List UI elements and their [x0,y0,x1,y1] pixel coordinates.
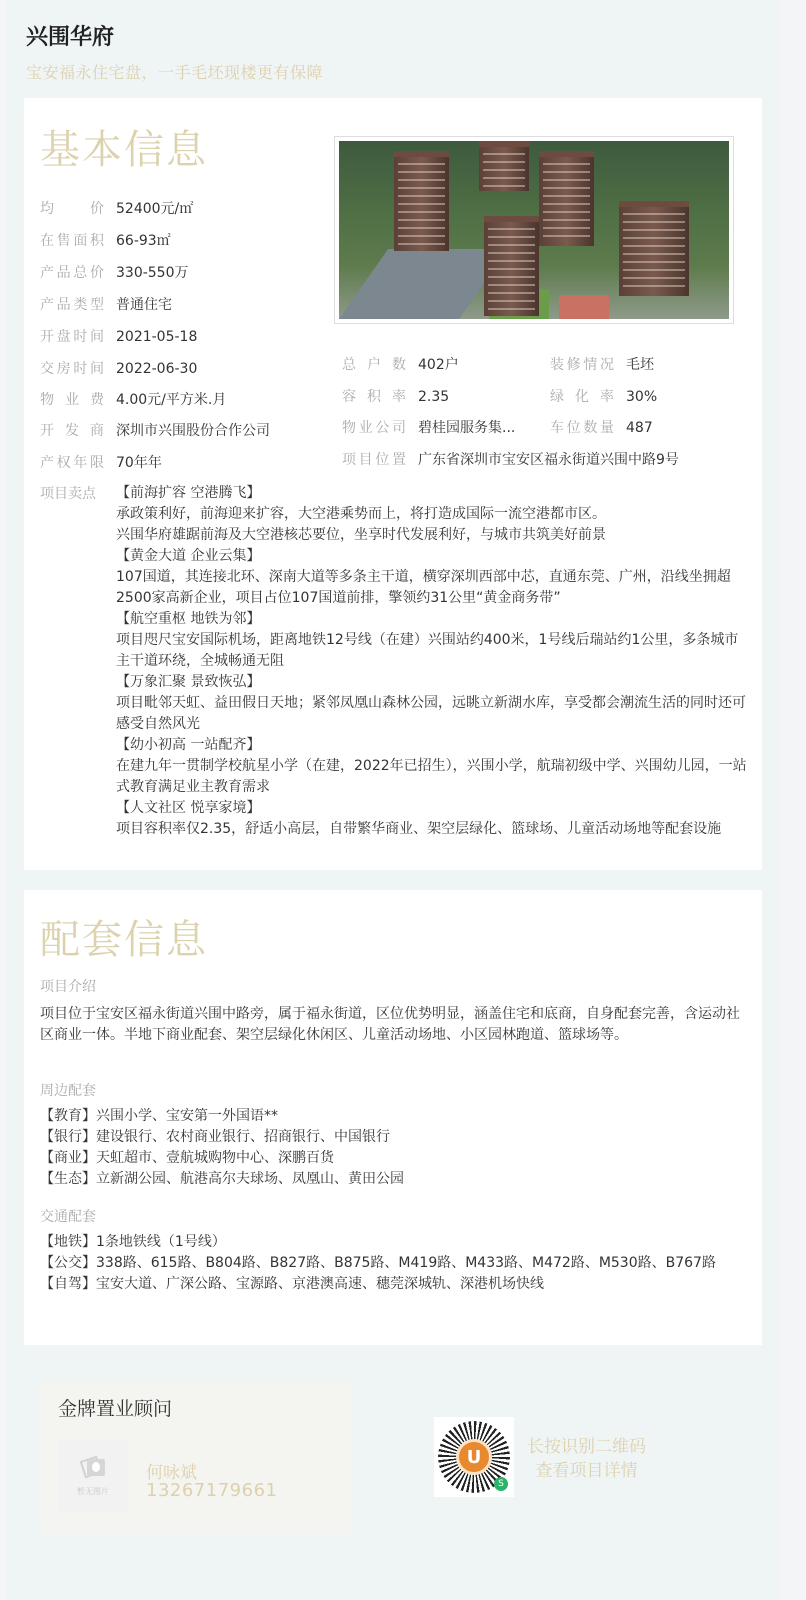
field-property-company: 物业公司碧桂园服务集... [342,417,515,439]
qr-instruction: 长按识别二维码 查看项目详情 [527,1435,646,1483]
field-label: 在售面积 [40,230,104,252]
field-avg-price: 均价52400元/㎡ [40,198,193,220]
photo-road [339,249,508,319]
field-value: 66-93㎡ [116,233,171,249]
selling-points-label: 项目卖点 [40,483,96,503]
selling-text: 项目容积率仅2.35，舒适小高层，自带繁华商业、架空层绿化、篮球场、儿童活动场地… [116,819,748,840]
field-value: 330-550万 [116,265,189,281]
transport-item: 【公交】338路、615路、B804路、B827路、B875路、M419路、M4… [40,1253,750,1274]
consultant-phone[interactable]: 13267179661 [146,1480,277,1501]
selling-text: 项目咫尺宝安国际机场，距离地铁12号线（在建）兴围站约400米，1号线后瑞站约1… [116,630,748,672]
field-label: 物业费 [40,389,104,411]
selling-heading: 【幼小初高 一站配齐】 [116,735,748,756]
field-label: 产权年限 [40,452,104,474]
photo-tower [484,216,539,316]
field-value: 402户 [418,357,459,373]
photo-tower [539,151,594,246]
mini-program-qr-code[interactable]: U S [434,1417,514,1497]
field-label: 车位数量 [550,417,614,439]
photo-tower [479,141,529,191]
field-green-ratio: 绿化率30% [550,386,657,408]
field-value: 2.35 [418,389,449,405]
selling-points: 【前海扩容 空港腾飞】 承政策利好，前海迎来扩容，大空港乘势而上，将打造成国际一… [116,483,748,840]
project-photo[interactable] [334,136,734,324]
field-label: 产品总价 [40,262,104,284]
facilities-card: 配套信息 项目介绍 项目位于宝安区福永街道兴围中路旁，属于福永街道，区位优势明显… [24,890,762,1345]
qr-line-1: 长按识别二维码 [527,1435,646,1459]
field-open-date: 开盘时间2021-05-18 [40,326,197,348]
avatar: 暂无图片 [58,1440,128,1512]
field-value: 毛坯 [626,357,654,373]
mini-program-icon: S [494,1477,508,1491]
transport-list: 【地铁】1条地铁线（1号线） 【公交】338路、615路、B804路、B827路… [40,1232,750,1295]
consultant-title: 金牌置业顾问 [58,1394,172,1421]
selling-text: 在建九年一贯制学校航星小学（在建，2022年已招生），兴围小学，航瑞初级中学、兴… [116,756,748,798]
basic-info-card: 基本信息 均价52400元/㎡ 在售面积66-93㎡ 产品总价330-550万 … [24,98,762,870]
field-sale-area: 在售面积66-93㎡ [40,230,171,252]
field-label: 开盘时间 [40,326,104,348]
field-developer: 开发商深圳市兴围股份合作公司 [40,420,270,442]
selling-text: 项目毗邻天虹、益田假日天地；紧邻凤凰山森林公园，远眺立新湖水库，享受都会潮流生活… [116,693,748,735]
selling-text: 兴围华府雄踞前海及大空港核芯要位，坐享时代发展利好，与城市共筑美好前景 [116,525,748,546]
field-label: 容积率 [342,386,406,408]
field-label: 总户数 [342,354,406,376]
field-value: 碧桂园服务集... [418,420,515,436]
surrounding-item: 【生态】立新湖公园、航港高尔夫球场、凤凰山、黄田公园 [40,1169,750,1190]
selling-heading: 【人文社区 悦享家境】 [116,798,748,819]
basic-info-title: 基本信息 [40,118,208,175]
consultant-card[interactable]: 金牌置业顾问 暂无图片 何咏斌 13267179661 [40,1382,352,1534]
project-title: 兴围华府 [26,20,114,51]
field-total-price: 产品总价330-550万 [40,262,189,284]
photo-tower [394,151,449,251]
field-value: 487 [626,420,653,436]
field-value: 2022-06-30 [116,361,197,377]
surrounding-item: 【教育】兴围小学、宝安第一外国语** [40,1106,750,1127]
field-plot-ratio: 容积率2.35 [342,386,449,408]
aerial-rendering-image [339,141,729,319]
field-label: 开发商 [40,420,104,442]
surrounding-item: 【商业】天虹超市、壹航城购物中心、深鹏百货 [40,1148,750,1169]
transport-item: 【自驾】宝安大道、广深公路、宝源路、京港澳高速、穗莞深城轨、深港机场快线 [40,1274,750,1295]
facilities-title: 配套信息 [40,908,208,965]
field-product-type: 产品类型普通住宅 [40,294,172,316]
transport-item: 【地铁】1条地铁线（1号线） [40,1232,750,1253]
intro-label: 项目介绍 [40,976,96,996]
brand-logo-icon: U [456,1439,492,1475]
field-value: 70年年 [116,455,162,471]
field-tenure: 产权年限70年年 [40,452,162,474]
field-property-fee: 物业费4.00元/平方米.月 [40,389,226,411]
selling-text: 107国道，其连接北环、深南大道等多条主干道，横穿深圳西部中芯，直通东莞、广州，… [116,567,748,609]
selling-heading: 【前海扩容 空港腾飞】 [116,483,748,504]
field-parking: 车位数量487 [550,417,653,439]
photo-tower [619,201,689,296]
field-label: 产品类型 [40,294,104,316]
photo-court [559,295,609,319]
field-label: 项目位置 [342,449,406,471]
field-label: 物业公司 [342,417,406,439]
field-value: 广东省深圳市宝安区福永街道兴围中路9号 [418,452,679,468]
selling-heading: 【黄金大道 企业云集】 [116,546,748,567]
surrounding-item: 【银行】建设银行、农村商业银行、招商银行、中国银行 [40,1127,750,1148]
field-value: 52400元/㎡ [116,201,193,217]
qr-line-2: 查看项目详情 [527,1459,646,1483]
field-label: 绿化率 [550,386,614,408]
field-label: 交房时间 [40,358,104,380]
intro-text: 项目位于宝安区福永街道兴围中路旁，属于福永街道，区位优势明显，涵盖住宅和底商，自… [40,1004,750,1046]
selling-heading: 【万象汇聚 景致恢弘】 [116,672,748,693]
selling-text: 承政策利好，前海迎来扩容，大空港乘势而上，将打造成国际一流空港都市区。 [116,504,748,525]
project-subtitle: 宝安福永住宅盘，一手毛坯现楼更有保障 [26,60,323,83]
surrounding-list: 【教育】兴围小学、宝安第一外国语** 【银行】建设银行、农村商业银行、招商银行、… [40,1106,750,1190]
field-value: 2021-05-18 [116,329,197,345]
transport-label: 交通配套 [40,1206,96,1226]
field-value: 30% [626,389,657,405]
field-value: 深圳市兴围股份合作公司 [116,423,270,439]
avatar-caption: 暂无图片 [77,1486,109,1497]
field-label: 均价 [40,198,104,220]
image-placeholder-icon [80,1456,106,1478]
field-value: 4.00元/平方米.月 [116,392,226,408]
field-label: 装修情况 [550,354,614,376]
field-value: 普通住宅 [116,297,172,313]
surrounding-label: 周边配套 [40,1080,96,1100]
field-decoration: 装修情况毛坯 [550,354,654,376]
field-location: 项目位置广东省深圳市宝安区福永街道兴围中路9号 [342,449,679,471]
selling-heading: 【航空重枢 地铁为邻】 [116,609,748,630]
field-delivery-date: 交房时间2022-06-30 [40,358,197,380]
field-households: 总户数402户 [342,354,459,376]
